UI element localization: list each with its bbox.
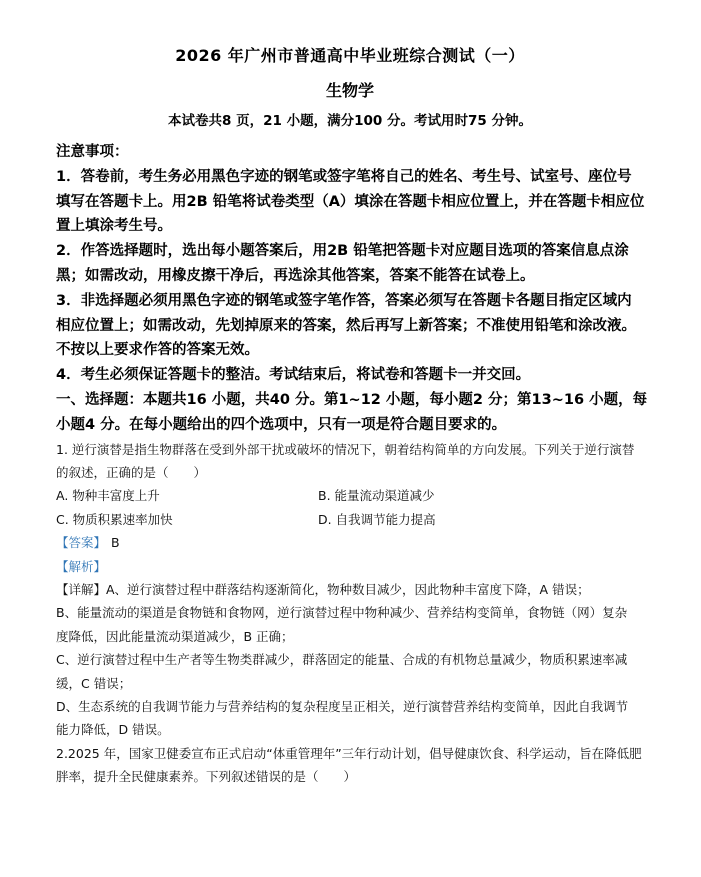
- answer-label: 【答案】: [56, 535, 106, 550]
- section-heading-line: 一、选择题：本题共16 小题，共40 分。第1~12 小题，每小题2 分；第13…: [56, 388, 644, 413]
- notice-line: 相应位置上；如需改动，先划掉原来的答案，然后再写上新答案；不准使用铅笔和涂改液。: [56, 314, 644, 339]
- detail-line: C、逆行演替过程中生产者等生物类群减少，群落固定的能量、合成的有机物总量减少，物…: [56, 648, 644, 671]
- question-1-stem-line: 的叙述，正确的是（ ）: [56, 461, 644, 484]
- notice-line: 填写在答题卡上。用2B 铅笔将试卷类型（A）填涂在答题卡相应位置上，并在答题卡相…: [56, 190, 644, 215]
- question-2-stem-line: 胖率，提升全民健康素养。下列叙述错误的是（ ）: [56, 765, 644, 788]
- notice-line: 2．作答选择题时，选出每小题答案后，用2B 铅笔把答题卡对应题目选项的答案信息点…: [56, 239, 644, 264]
- notice-line: 黑；如需改动，用橡皮擦干净后，再选涂其他答案，答案不能答在试卷上。: [56, 264, 644, 289]
- detail-line: 缓，C 错误；: [56, 672, 644, 695]
- notice-line: 1．答卷前，考生务必用黑色字迹的钢笔或签字笔将自己的姓名、考生号、试室号、座位号: [56, 165, 644, 190]
- detail-line: D、生态系统的自我调节能力与营养结构的复杂程度呈正相关，逆行演替营养结构变简单，…: [56, 695, 644, 718]
- notice-line: 不按以上要求作答的答案无效。: [56, 338, 644, 363]
- analysis-label: 【解析】: [56, 555, 644, 578]
- subject-title: 生物学: [56, 81, 644, 101]
- section-heading-line: 小题4 分。在每小题给出的四个选项中，只有一项是符合题目要求的。: [56, 413, 644, 438]
- answer-value: B: [111, 535, 120, 550]
- answer-line: 【答案】B: [56, 531, 644, 554]
- notice-line: 4．考生必须保证答题卡的整洁。考试结束后，将试卷和答题卡一并交回。: [56, 363, 644, 388]
- notice-line: 3．非选择题必须用黑色字迹的钢笔或签字笔作答，答案必须写在答题卡各题目指定区域内: [56, 289, 644, 314]
- notice-line: 置上填涂考生号。: [56, 214, 644, 239]
- exam-document-page: 2026 年广州市普通高中毕业班综合测试（一） 生物学 本试卷共8 页，21 小…: [0, 0, 701, 877]
- detail-line: 能力降低，D 错误。: [56, 718, 644, 741]
- question-2-stem-line: 2.2025 年，国家卫健委宣布正式启动“体重管理年”三年行动计划，倡导健康饮食…: [56, 742, 644, 765]
- detail-line: B、能量流动的渠道是食物链和食物网，逆行演替过程中物种减少、营养结构变简单，食物…: [56, 601, 644, 624]
- detail-line: 【详解】A、逆行演替过程中群落结构逐渐简化，物种数目减少，因此物种丰富度下降，A…: [56, 578, 644, 601]
- notice-heading: 注意事项：: [56, 140, 644, 165]
- page-title: 2026 年广州市普通高中毕业班综合测试（一）: [56, 46, 644, 66]
- option-c: C. 物质积累速率加快: [56, 508, 318, 531]
- question-1-stem-line: 1. 逆行演替是指生物群落在受到外部干扰或破坏的情况下，朝着结构简单的方向发展。…: [56, 438, 644, 461]
- option-d: D. 自我调节能力提高: [318, 508, 644, 531]
- option-b: B. 能量流动渠道减少: [318, 484, 644, 507]
- detail-line: 度降低，因此能量流动渠道减少，B 正确；: [56, 625, 644, 648]
- option-a: A. 物种丰富度上升: [56, 484, 318, 507]
- question-1-options: A. 物种丰富度上升 B. 能量流动渠道减少 C. 物质积累速率加快 D. 自我…: [56, 484, 644, 531]
- exam-info: 本试卷共8 页，21 小题，满分100 分。考试用时75 分钟。: [56, 112, 644, 130]
